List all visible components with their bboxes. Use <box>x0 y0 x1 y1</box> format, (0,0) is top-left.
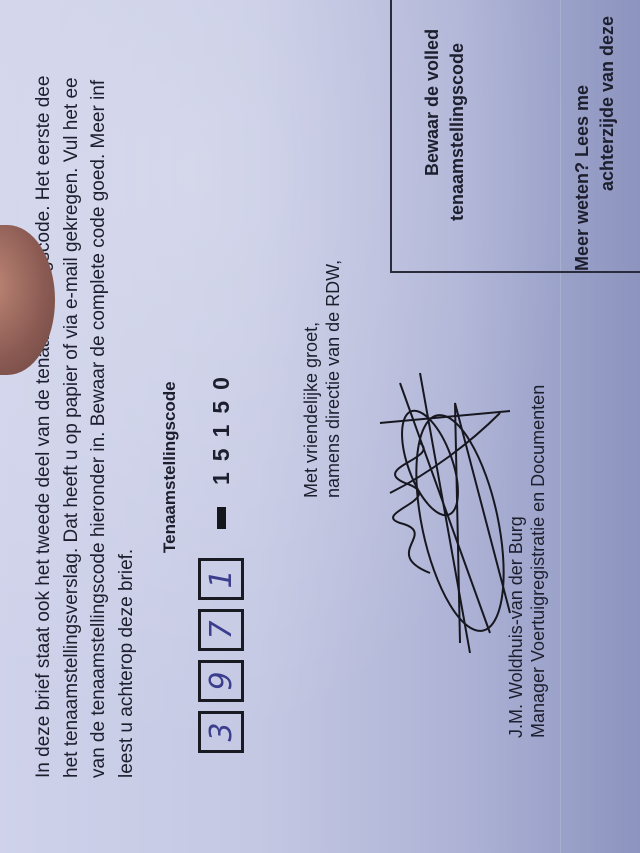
intro-line: In deze brief staat ook het tweede deel … <box>30 0 58 778</box>
closing-line: Met vriendelijke groet, <box>300 260 322 498</box>
sidebox-line: Meer weten? Lees me <box>572 85 593 271</box>
intro-line: van de tenaamstellingscode hieronder in.… <box>85 0 113 778</box>
code-digit-box: 3 <box>198 711 244 753</box>
closing-line: namens directie van de RDW, <box>322 260 344 498</box>
intro-paragraph: In deze brief staat ook het tweede deel … <box>30 0 140 778</box>
registration-code: 3 9 7 1 15150 <box>196 366 246 753</box>
sidebox-line: Bewaar de volled <box>422 29 443 176</box>
code-digit-box: 1 <box>198 558 244 600</box>
letter-photo: In deze brief staat ook het tweede deel … <box>0 0 640 853</box>
signer-title: Manager Voertuigregistratie en Documente… <box>527 385 549 738</box>
rotated-letter-content: In deze brief staat ook het tweede deel … <box>0 0 640 853</box>
signer-block: J.M. Woldhuis-van der Burg Manager Voert… <box>505 385 549 738</box>
intro-line: het tenaamstellingsverslag. Dat heeft u … <box>58 0 86 778</box>
code-printed-part: 15150 <box>208 366 235 485</box>
sidebox-line: achterzijde van deze <box>597 16 618 191</box>
info-side-box: Bewaar de volled tenaamstellingscode Mee… <box>390 0 640 273</box>
code-separator <box>217 507 226 529</box>
code-digit-box: 7 <box>198 609 244 651</box>
closing-greeting: Met vriendelijke groet, namens directie … <box>300 260 344 498</box>
signer-name: J.M. Woldhuis-van der Burg <box>505 385 527 738</box>
intro-line: leest u achterop deze brief. <box>113 0 141 778</box>
code-digit-box: 9 <box>198 660 244 702</box>
code-label: Tenaamstellingscode <box>160 381 180 553</box>
sidebox-line: tenaamstellingscode <box>447 43 468 221</box>
